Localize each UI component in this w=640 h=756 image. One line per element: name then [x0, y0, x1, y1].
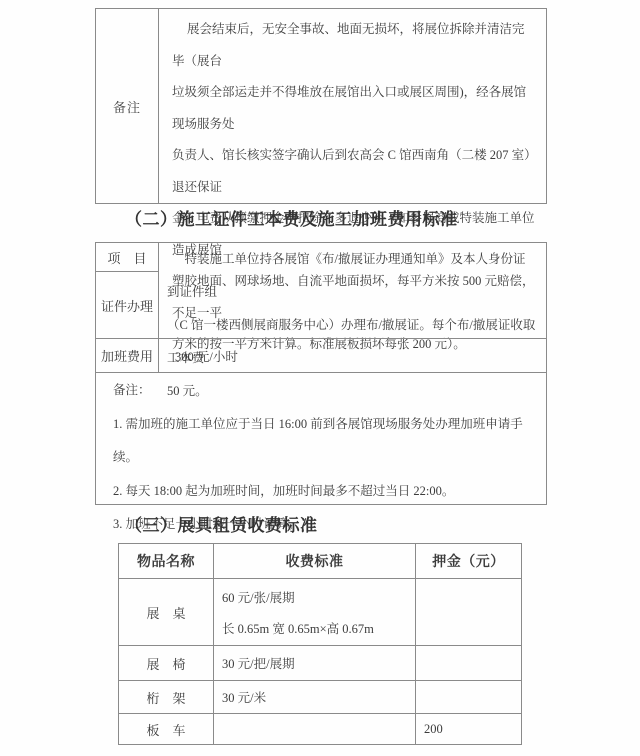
note-1: 1. 需加班的施工单位应于当日 16:00 前到各展馆现场服务处办理加班申请手续…	[113, 408, 532, 475]
rental-fee-table: 物品名称 收费标准 押金（元） 展 桌 60 元/张/展期 长 0.65m 宽 …	[118, 543, 522, 745]
overtime-fee-value: 300 元/小时	[159, 339, 546, 373]
overtime-row-label: 加班费用	[96, 339, 159, 373]
column-header-fee-standard: 收费标准	[214, 544, 416, 579]
item-name-chair: 展 椅	[119, 646, 214, 681]
deposit-cell-table	[416, 579, 521, 646]
fee-cell-table: 60 元/张/展期 长 0.65m 宽 0.65m×高 0.67m	[214, 579, 416, 646]
remark-paragraph: 展会结束后，无安全事故、地面无损坏，将展位拆除并清洁完毕（展台 垃圾须全部运走并…	[159, 9, 546, 203]
fee-cell-truss: 30 元/米	[214, 681, 416, 714]
remark-row-label: 备注	[96, 9, 159, 203]
deposit-cell-chair	[416, 646, 521, 681]
remark-line-2: 垃圾须全部运走并不得堆放在展馆出入口或展区周围)，经各展馆现场服务处	[172, 77, 536, 140]
section3-heading: （三）展具租赁收费标准	[125, 515, 318, 537]
permit-row-label: 证件办理	[96, 272, 159, 339]
column-header-item-name: 物品名称	[119, 544, 214, 579]
fee-table-line-2: 长 0.65m 宽 0.65m×高 0.67m	[222, 614, 407, 645]
permit-paragraph: 特装施工单位持各展馆《布/撤展证办理通知单》及本人身份证到证件组 （C 馆一楼西…	[159, 243, 546, 339]
notes-title: 备注：	[113, 374, 532, 408]
remark-line-3: 负责人、馆长核实签字确认后到农高会 C 馆西南角（二楼 207 室）退还保证	[172, 140, 536, 203]
document-page: 备注 展会结束后，无安全事故、地面无损坏，将展位拆除并清洁完毕（展台 垃圾须全部…	[0, 0, 640, 756]
deposit-cell-truss	[416, 681, 521, 714]
item-name-truss: 桁 架	[119, 681, 214, 714]
column-header-deposit: 押金（元）	[416, 544, 521, 579]
fee-cell-chair: 30 元/把/展期	[214, 646, 416, 681]
item-name-table: 展 桌	[119, 579, 214, 646]
deposit-remark-table: 备注 展会结束后，无安全事故、地面无损坏，将展位拆除并清洁完毕（展台 垃圾须全部…	[95, 8, 547, 204]
item-name-trolley: 板 车	[119, 714, 214, 744]
project-row-label: 项 目	[96, 243, 159, 272]
fee-cell-trolley	[214, 714, 416, 744]
fee-table-line-1: 60 元/张/展期	[222, 583, 407, 614]
deposit-cell-trolley: 200	[416, 714, 521, 744]
remark-line-1: 展会结束后，无安全事故、地面无损坏，将展位拆除并清洁完毕（展台	[172, 14, 536, 77]
section2-heading: （二）施工证件工本费及施工加班费用标准	[125, 209, 458, 231]
permit-line-1: 特装施工单位持各展馆《布/撤展证办理通知单》及本人身份证到证件组	[167, 243, 536, 309]
note-2: 2. 每天 18:00 起为加班时间，加班时间最多不超过当日 22:00。	[113, 475, 532, 509]
permit-overtime-table: 项 目 证件办理 特装施工单位持各展馆《布/撤展证办理通知单》及本人身份证到证件…	[95, 242, 547, 505]
